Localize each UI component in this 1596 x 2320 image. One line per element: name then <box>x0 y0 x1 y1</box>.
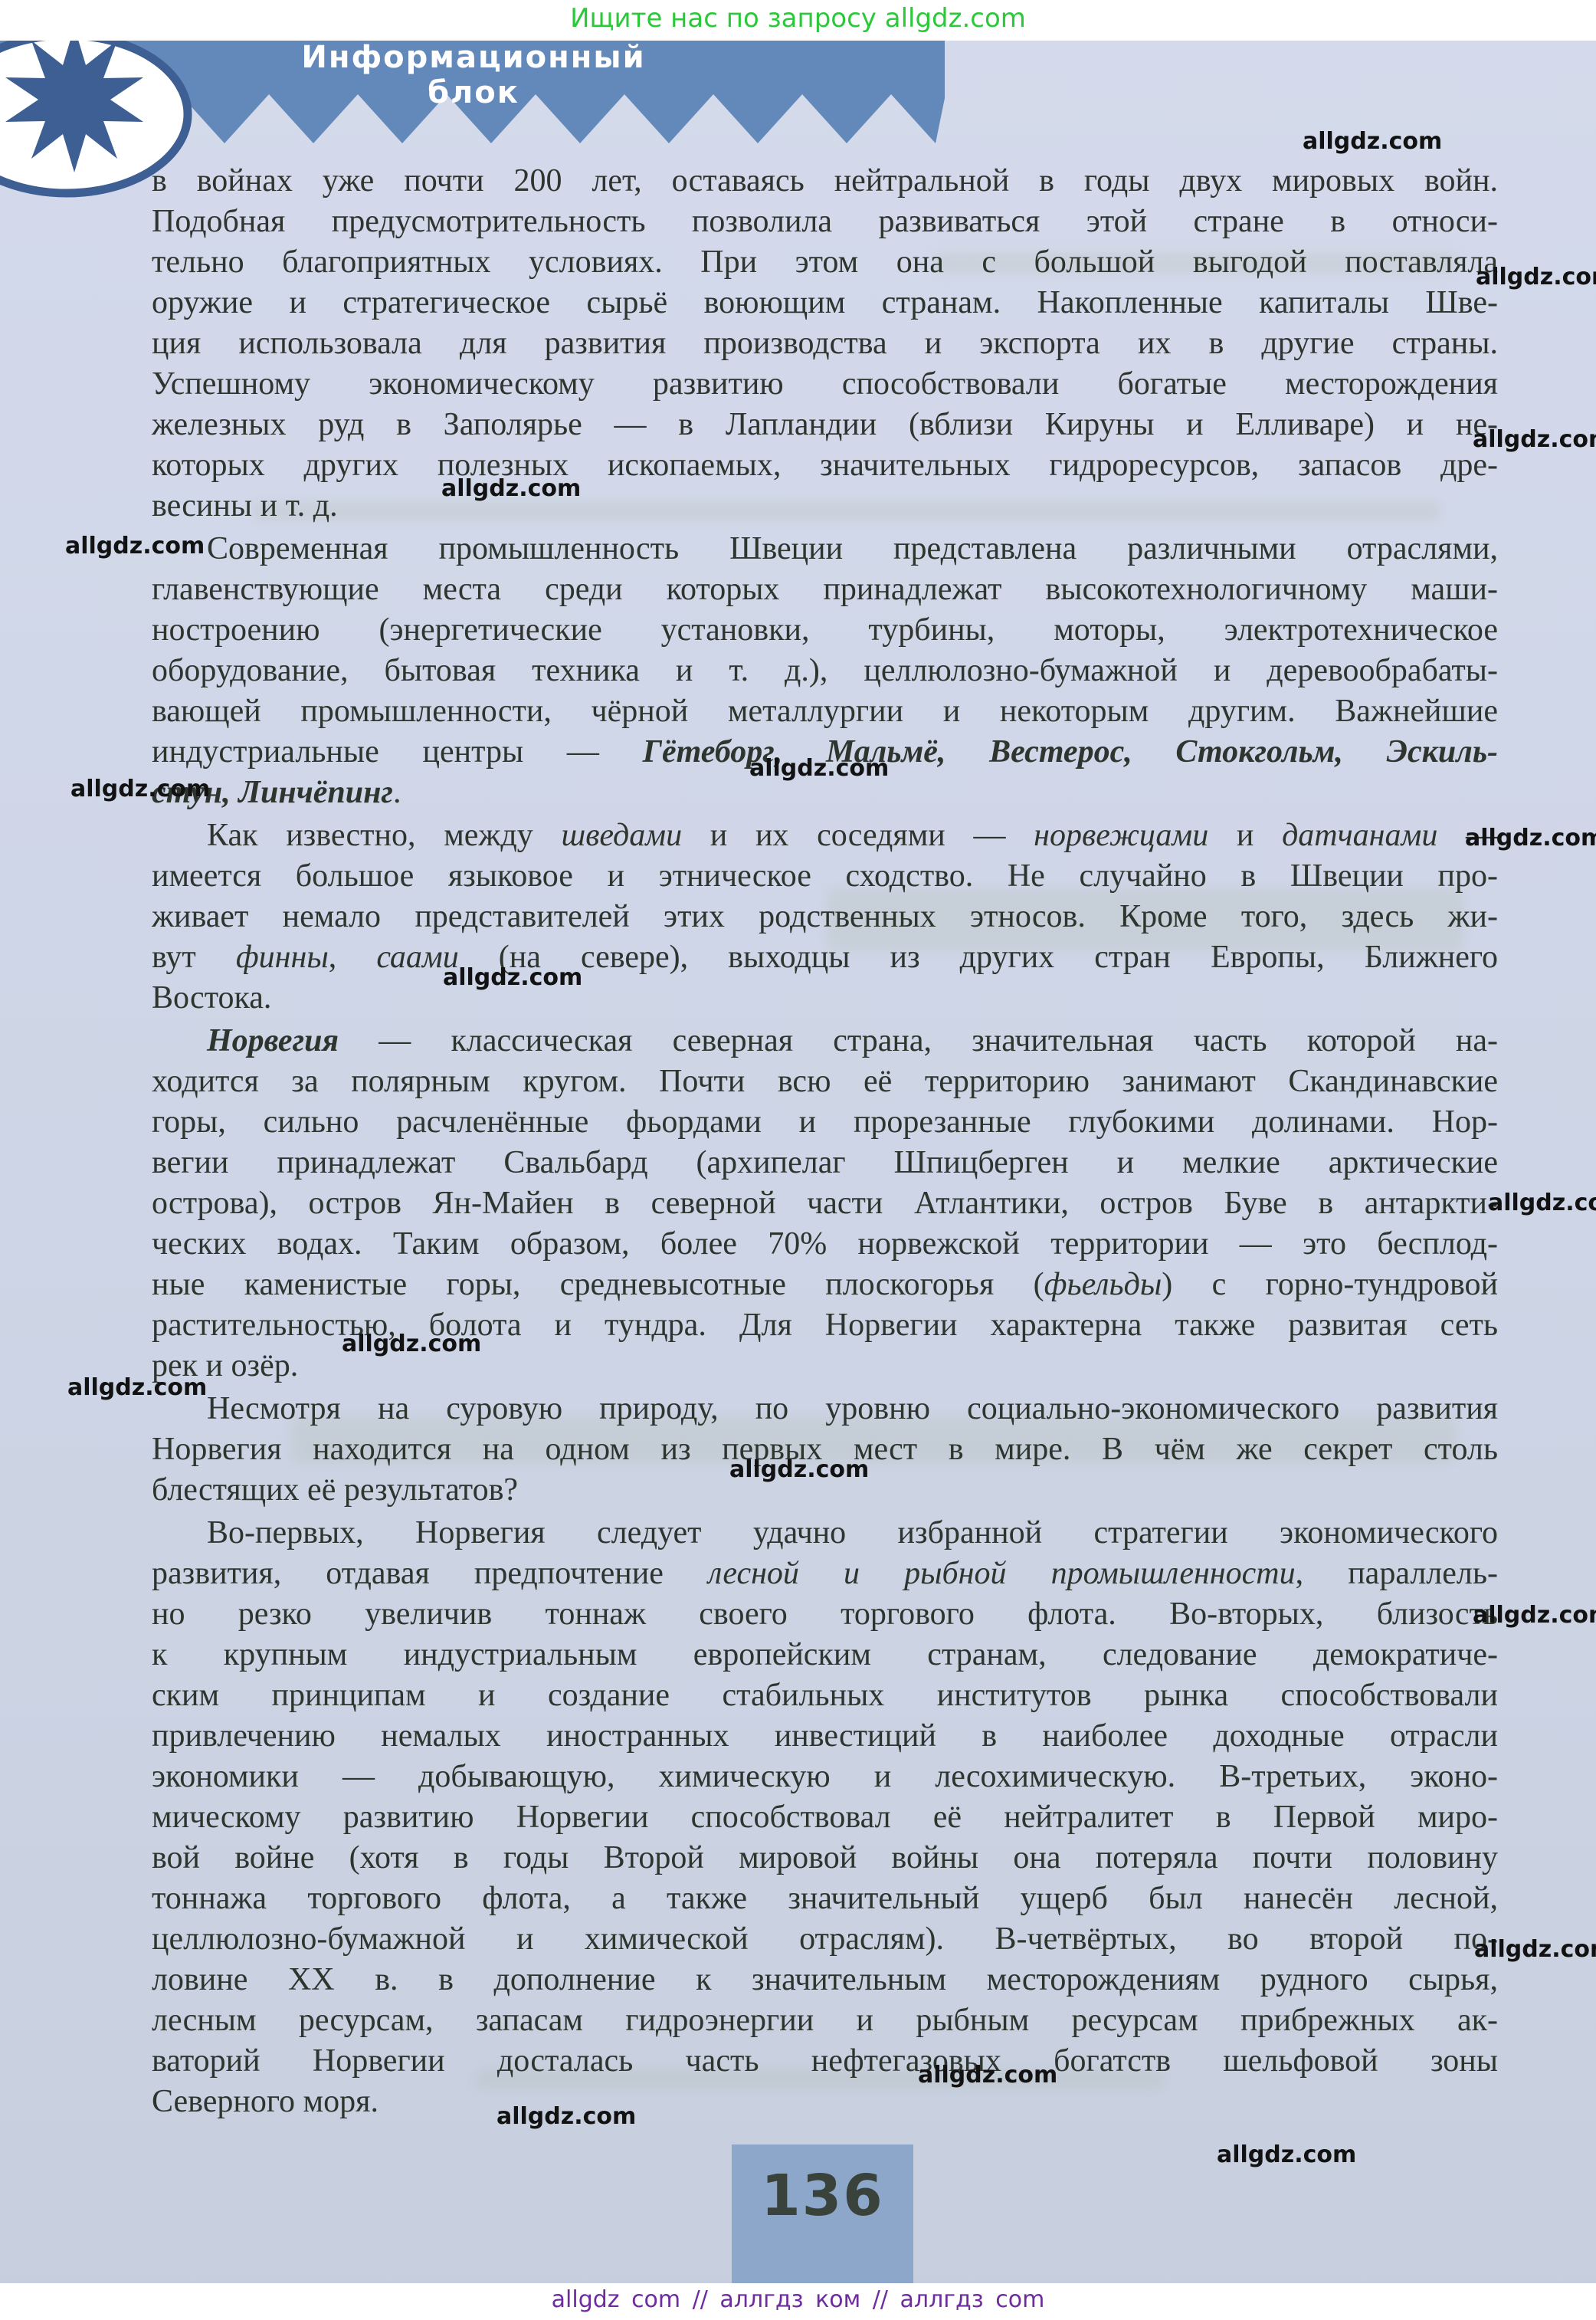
text-line: оружие и стратегическое сырьё воюющим ст… <box>152 283 1498 323</box>
watermark: allgdz.com <box>496 2103 636 2130</box>
text-line: но резко увеличив тоннаж своего торговог… <box>152 1594 1498 1635</box>
text-line: ходится за полярным кругом. Почти всю её… <box>152 1062 1498 1102</box>
text-segment: привлечению немалых иностранных инвестиц… <box>152 1718 1498 1754</box>
text-line: оборудование, бытовая техника и т. д.), … <box>152 651 1498 691</box>
text-segment: ходится за полярным кругом. Почти всю её… <box>152 1064 1498 1099</box>
text-segment: в войнах уже почти 200 лет, оставаясь не… <box>152 163 1498 199</box>
text-segment: Современная промышленность Швеции предст… <box>207 531 1498 566</box>
text-segment: Несмотря на суровую природу, по уровню с… <box>207 1391 1498 1426</box>
body-text: в войнах уже почти 200 лет, оставаясь не… <box>152 161 1498 2122</box>
text-line: которых других полезных ископаемых, знач… <box>152 445 1498 486</box>
text-segment: ностроению (энергетические установки, ту… <box>152 612 1498 648</box>
promo-text: Ищите нас по запросу allgdz.com <box>0 3 1596 34</box>
text-segment: фьельды <box>1044 1267 1162 1302</box>
watermark: allgdz.com <box>65 533 205 559</box>
text-segment: оборудование, бытовая техника и т. д.), … <box>152 653 1498 688</box>
text-line: железных руд в Заполярье — в Лапландии (… <box>152 405 1498 445</box>
watermark: allgdz.com <box>1473 1602 1596 1629</box>
watermark: allgdz.com <box>70 776 210 802</box>
text-segment: шведами <box>562 818 683 853</box>
text-line: ные каменистые горы, средневысотные плос… <box>152 1265 1498 1305</box>
text-segment: весины и т. д. <box>152 488 338 523</box>
text-segment: экономики — добывающую, химическую и лес… <box>152 1759 1498 1794</box>
text-line: вой войне (хотя в годы Второй мировой во… <box>152 1838 1498 1879</box>
text-segment: мическому развитию Норвегии способствова… <box>152 1800 1498 1835</box>
watermark: allgdz.com <box>918 2062 1057 2089</box>
text-line: вегии принадлежат Свальбард (архипелаг Ш… <box>152 1143 1498 1183</box>
watermark: allgdz.com <box>342 1331 481 1357</box>
watermark: allgdz.com <box>1473 426 1596 453</box>
text-line: целлюлозно-бумажной и химической отрасля… <box>152 1919 1498 1960</box>
text-line: Во-первых, Норвегия следует удачно избра… <box>152 1513 1498 1554</box>
text-segment: тоннажа торгового флота, а также значите… <box>152 1881 1498 1916</box>
text-line: экономики — добывающую, химическую и лес… <box>152 1757 1498 1797</box>
watermark: allgdz.com <box>1488 1190 1596 1216</box>
text-segment: Северного моря. <box>152 2084 379 2119</box>
text-segment: , параллель- <box>1296 1556 1498 1591</box>
text-segment: целлюлозно-бумажной и химической отрасля… <box>152 1921 1498 1957</box>
text-segment: Во-первых, Норвегия следует удачно избра… <box>207 1515 1498 1550</box>
watermark: allgdz.com <box>1474 1936 1596 1963</box>
watermark: allgdz.com <box>1476 264 1596 290</box>
text-line: Норвегия — классическая северная страна,… <box>152 1021 1498 1062</box>
text-line: вут финны, саами (на севере), выходцы из… <box>152 937 1498 978</box>
text-line: лесным ресурсам, запасам гидроэнергии и … <box>152 2000 1498 2041</box>
page-number-box: 136 <box>732 2144 913 2283</box>
watermark: allgdz.com <box>729 1456 869 1483</box>
text-segment: Востока. <box>152 980 271 1016</box>
watermark: allgdz.com <box>441 475 581 502</box>
text-segment: . <box>393 775 401 810</box>
text-line: привлечению немалых иностранных инвестиц… <box>152 1716 1498 1757</box>
text-segment: , <box>329 940 377 975</box>
text-segment: индустриальные центры — <box>152 734 643 770</box>
text-line: ваторий Норвегии досталась часть нефтега… <box>152 2041 1498 2082</box>
text-segment: ваторий Норвегии досталась часть нефтега… <box>152 2043 1498 2079</box>
text-segment: ским принципам и создание стабильных инс… <box>152 1678 1498 1713</box>
top-strip: Ищите нас по запросу allgdz.com <box>0 0 1596 41</box>
text-line: Северного моря. <box>152 2082 1498 2122</box>
text-line: Как известно, между шведами и их соседям… <box>152 815 1498 856</box>
text-segment: тельно благоприятных условиях. При этом … <box>152 244 1498 280</box>
text-line: мическому развитию Норвегии способствова… <box>152 1797 1498 1838</box>
text-segment: горы, сильно расчленённые фьордами и про… <box>152 1104 1498 1140</box>
text-segment: ция использовала для развития производст… <box>152 326 1498 361</box>
text-segment: к крупным индустриальным европейским стр… <box>152 1637 1498 1672</box>
text-line: ческих водах. Таким образом, более 70% н… <box>152 1224 1498 1265</box>
scanned-textbook-page: Информационный блок Ищите нас по запросу… <box>0 0 1596 2320</box>
text-line: живает немало представителей этих родств… <box>152 897 1498 937</box>
text-segment: датчанами <box>1282 818 1437 853</box>
watermark: allgdz.com <box>1303 128 1442 155</box>
text-line: к крупным индустриальным европейским стр… <box>152 1635 1498 1675</box>
text-segment: имеется большое языковое и этническое сх… <box>152 858 1498 894</box>
text-line: в войнах уже почти 200 лет, оставаясь не… <box>152 161 1498 202</box>
text-line: ским принципам и создание стабильных инс… <box>152 1675 1498 1716</box>
text-segment: Норвегия <box>207 1023 339 1058</box>
text-segment: вут <box>152 940 236 975</box>
bottom-strip: allgdz com // аллгдз ком // аллгдз com <box>0 2283 1596 2320</box>
text-line: ловине XX в. в дополнение к значительным… <box>152 1960 1498 2000</box>
text-line: Современная промышленность Швеции предст… <box>152 529 1498 569</box>
text-segment: ) с горно-тундровой <box>1162 1267 1498 1302</box>
text-segment: которых других полезных ископаемых, знач… <box>152 448 1498 483</box>
text-line: вающей промышленности, чёрной металлурги… <box>152 691 1498 732</box>
watermark: allgdz.com <box>1465 825 1596 852</box>
text-segment: ческих водах. Таким образом, более 70% н… <box>152 1226 1498 1262</box>
text-segment: Подобная предусмотрительность позволила … <box>152 204 1498 239</box>
watermark: allgdz.com <box>1217 2141 1356 2168</box>
text-line: Несмотря на суровую природу, по уровню с… <box>152 1389 1498 1429</box>
text-segment: живает немало представителей этих родств… <box>152 899 1498 934</box>
text-line: Успешному экономическому развитию способ… <box>152 364 1498 405</box>
footer-text: allgdz com // аллгдз ком // аллгдз com <box>0 2286 1596 2313</box>
text-line: Востока. <box>152 978 1498 1019</box>
text-segment: развития, отдавая предпочтение <box>152 1556 708 1591</box>
text-segment: Успешному экономическому развитию способ… <box>152 366 1498 402</box>
watermark: allgdz.com <box>749 755 889 782</box>
text-segment: финны <box>236 940 329 975</box>
text-line: Подобная предусмотрительность позволила … <box>152 202 1498 242</box>
text-line: весины и т. д. <box>152 486 1498 527</box>
text-segment: главенствующие места среди которых прина… <box>152 572 1498 607</box>
text-line: ция использовала для развития производст… <box>152 323 1498 364</box>
text-segment: ные каменистые горы, средневысотные плос… <box>152 1267 1044 1302</box>
text-line: ностроению (энергетические установки, ту… <box>152 610 1498 651</box>
text-segment: лесной и рыбной промышленности <box>708 1556 1296 1591</box>
text-segment: ловине XX в. в дополнение к значительным… <box>152 1962 1498 1997</box>
page-number: 136 <box>732 2163 913 2229</box>
text-segment: оружие и стратегическое сырьё воюющим ст… <box>152 285 1498 320</box>
text-segment: железных руд в Заполярье — в Лапландии (… <box>152 407 1498 442</box>
text-segment: (на севере), выходцы из других стран Евр… <box>459 940 1498 975</box>
text-line: горы, сильно расчленённые фьордами и про… <box>152 1102 1498 1143</box>
text-segment: — классическая северная страна, значител… <box>339 1023 1498 1058</box>
text-segment: вающей промышленности, чёрной металлурги… <box>152 694 1498 729</box>
text-line: тоннажа торгового флота, а также значите… <box>152 1879 1498 1919</box>
text-segment: и <box>1208 818 1282 853</box>
text-line: тельно благоприятных условиях. При этом … <box>152 242 1498 283</box>
text-segment: но резко увеличив тоннаж своего торговог… <box>152 1596 1498 1632</box>
text-segment: блестящих её результатов? <box>152 1472 518 1508</box>
text-line: главенствующие места среди которых прина… <box>152 569 1498 610</box>
text-segment: Как известно, между <box>207 818 562 853</box>
text-segment: и их соседями — <box>682 818 1034 853</box>
text-line: имеется большое языковое и этническое сх… <box>152 856 1498 897</box>
text-segment: вой войне (хотя в годы Второй мировой во… <box>152 1840 1498 1875</box>
watermark: allgdz.com <box>67 1374 207 1401</box>
text-segment: норвежцами <box>1034 818 1208 853</box>
text-line: острова), остров Ян-Майен в северной час… <box>152 1183 1498 1224</box>
text-segment: вегии принадлежат Свальбард (архипелаг Ш… <box>152 1145 1498 1180</box>
text-segment: острова), остров Ян-Майен в северной час… <box>152 1186 1498 1221</box>
watermark: allgdz.com <box>443 964 582 991</box>
section-title: Информационный блок <box>259 40 688 110</box>
text-line: развития, отдавая предпочтение лесной и … <box>152 1554 1498 1594</box>
text-segment: лесным ресурсам, запасам гидроэнергии и … <box>152 2003 1498 2038</box>
